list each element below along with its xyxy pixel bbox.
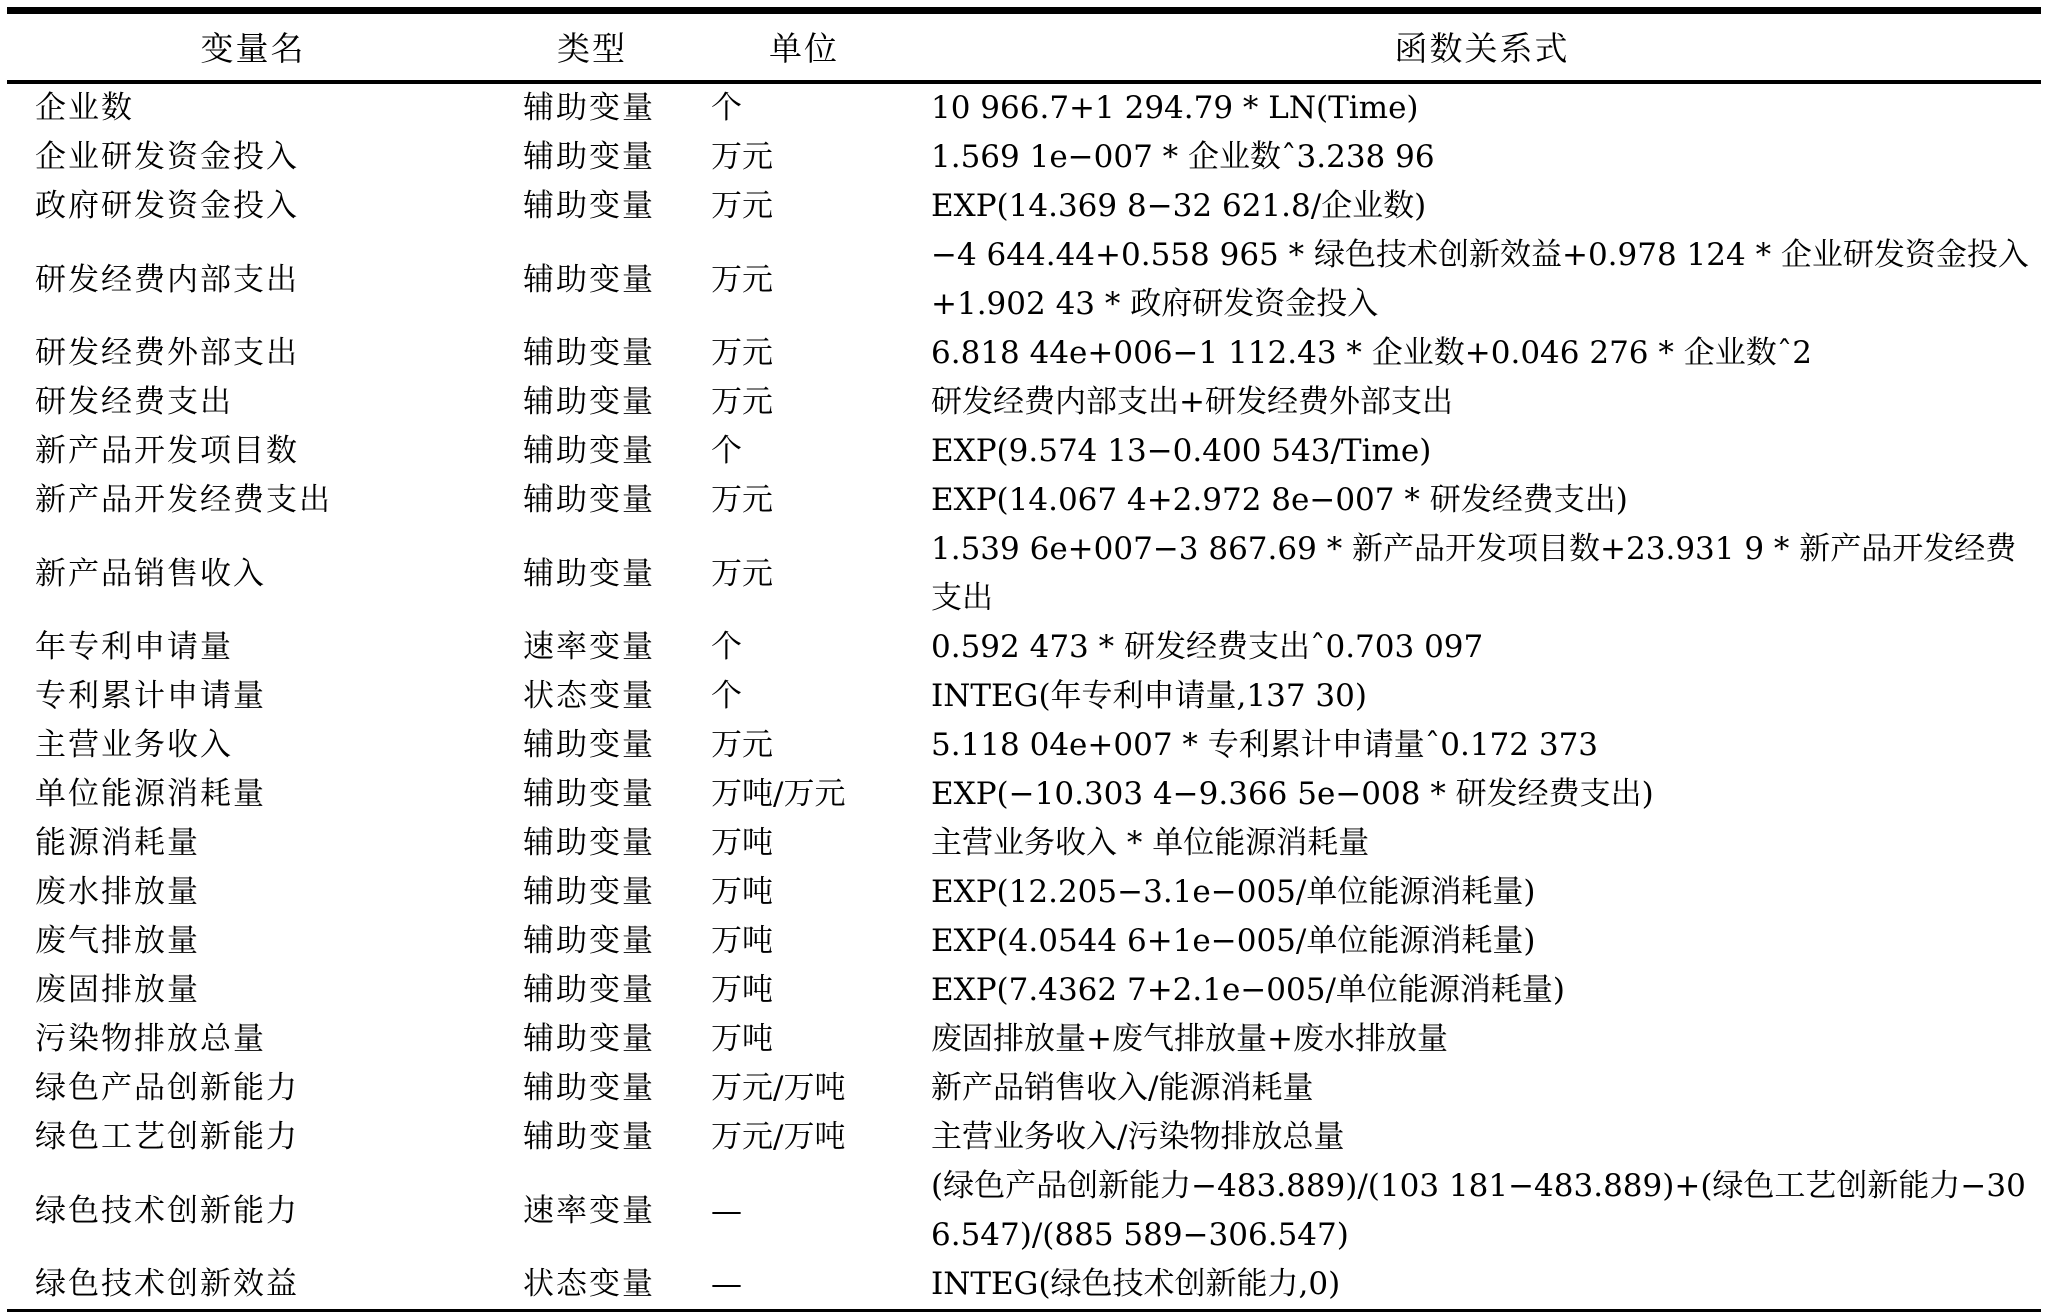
- cell-variable-name: 能源消耗量: [7, 819, 499, 868]
- table-row: 研发经费外部支出 辅助变量 万元 6.818 44e+006−1 112.43 …: [7, 329, 2041, 378]
- cell-unit: 个: [685, 82, 923, 133]
- table-row: 年专利申请量 速率变量 个 0.592 473 * 研发经费支出ˆ0.703 0…: [7, 623, 2041, 672]
- cell-unit: 万吨: [685, 868, 923, 917]
- cell-formula: −4 644.44+0.558 965 * 绿色技术创新效益+0.978 124…: [923, 231, 2041, 329]
- table-row: 新产品开发项目数 辅助变量 个 EXP(9.574 13−0.400 543/T…: [7, 427, 2041, 476]
- column-header-formula: 函数关系式: [923, 11, 2041, 83]
- table-row: 单位能源消耗量 辅助变量 万吨/万元 EXP(−10.303 4−9.366 5…: [7, 770, 2041, 819]
- cell-variable-name: 废固排放量: [7, 966, 499, 1015]
- cell-variable-name: 年专利申请量: [7, 623, 499, 672]
- column-header-type: 类型: [499, 11, 685, 83]
- cell-unit: 万元: [685, 329, 923, 378]
- cell-variable-name: 绿色技术创新能力: [7, 1162, 499, 1260]
- cell-type: 辅助变量: [499, 231, 685, 329]
- cell-variable-name: 污染物排放总量: [7, 1015, 499, 1064]
- cell-type: 辅助变量: [499, 525, 685, 623]
- cell-formula: EXP(14.369 8−32 621.8/企业数): [923, 182, 2041, 231]
- cell-unit: 万元/万吨: [685, 1064, 923, 1113]
- cell-type: 状态变量: [499, 1260, 685, 1312]
- cell-formula: 0.592 473 * 研发经费支出ˆ0.703 097: [923, 623, 2041, 672]
- table-row: 绿色工艺创新能力 辅助变量 万元/万吨 主营业务收入/污染物排放总量: [7, 1113, 2041, 1162]
- cell-variable-name: 主营业务收入: [7, 721, 499, 770]
- cell-variable-name: 企业数: [7, 82, 499, 133]
- cell-unit: 万吨: [685, 966, 923, 1015]
- cell-unit: 个: [685, 427, 923, 476]
- cell-unit: 万吨: [685, 819, 923, 868]
- cell-formula: 6.818 44e+006−1 112.43 * 企业数+0.046 276 *…: [923, 329, 2041, 378]
- cell-type: 辅助变量: [499, 427, 685, 476]
- table-row: 能源消耗量 辅助变量 万吨 主营业务收入 * 单位能源消耗量: [7, 819, 2041, 868]
- cell-unit: 万吨: [685, 1015, 923, 1064]
- cell-formula: 1.539 6e+007−3 867.69 * 新产品开发项目数+23.931 …: [923, 525, 2041, 623]
- cell-type: 辅助变量: [499, 133, 685, 182]
- cell-unit: —: [685, 1162, 923, 1260]
- table-row: 专利累计申请量 状态变量 个 INTEG(年专利申请量,137 30): [7, 672, 2041, 721]
- cell-type: 辅助变量: [499, 1113, 685, 1162]
- cell-unit: 万元: [685, 378, 923, 427]
- cell-variable-name: 新产品开发项目数: [7, 427, 499, 476]
- cell-variable-name: 废水排放量: [7, 868, 499, 917]
- variables-table: 变量名 类型 单位 函数关系式 企业数 辅助变量 个 10 966.7+1 29…: [7, 7, 2041, 1312]
- cell-type: 辅助变量: [499, 721, 685, 770]
- cell-formula: EXP(12.205−3.1e−005/单位能源消耗量): [923, 868, 2041, 917]
- cell-type: 辅助变量: [499, 917, 685, 966]
- cell-variable-name: 研发经费外部支出: [7, 329, 499, 378]
- cell-type: 辅助变量: [499, 82, 685, 133]
- cell-type: 辅助变量: [499, 378, 685, 427]
- cell-formula: 主营业务收入 * 单位能源消耗量: [923, 819, 2041, 868]
- table-row: 研发经费支出 辅助变量 万元 研发经费内部支出+研发经费外部支出: [7, 378, 2041, 427]
- cell-type: 辅助变量: [499, 1015, 685, 1064]
- cell-formula: 新产品销售收入/能源消耗量: [923, 1064, 2041, 1113]
- cell-formula: INTEG(年专利申请量,137 30): [923, 672, 2041, 721]
- table-row: 研发经费内部支出 辅助变量 万元 −4 644.44+0.558 965 * 绿…: [7, 231, 2041, 329]
- cell-unit: 万元: [685, 133, 923, 182]
- column-header-unit: 单位: [685, 11, 923, 83]
- table-row: 废气排放量 辅助变量 万吨 EXP(4.0544 6+1e−005/单位能源消耗…: [7, 917, 2041, 966]
- cell-variable-name: 绿色工艺创新能力: [7, 1113, 499, 1162]
- cell-unit: —: [685, 1260, 923, 1312]
- cell-formula: EXP(7.4362 7+2.1e−005/单位能源消耗量): [923, 966, 2041, 1015]
- cell-type: 辅助变量: [499, 329, 685, 378]
- table-row: 绿色技术创新效益 状态变量 — INTEG(绿色技术创新能力,0): [7, 1260, 2041, 1312]
- cell-type: 状态变量: [499, 672, 685, 721]
- cell-formula: 1.569 1e−007 * 企业数ˆ3.238 96: [923, 133, 2041, 182]
- cell-variable-name: 研发经费内部支出: [7, 231, 499, 329]
- cell-unit: 个: [685, 672, 923, 721]
- table-row: 绿色产品创新能力 辅助变量 万元/万吨 新产品销售收入/能源消耗量: [7, 1064, 2041, 1113]
- table-row: 政府研发资金投入 辅助变量 万元 EXP(14.369 8−32 621.8/企…: [7, 182, 2041, 231]
- cell-variable-name: 绿色技术创新效益: [7, 1260, 499, 1312]
- cell-type: 辅助变量: [499, 819, 685, 868]
- table-row: 废固排放量 辅助变量 万吨 EXP(7.4362 7+2.1e−005/单位能源…: [7, 966, 2041, 1015]
- cell-formula: EXP(−10.303 4−9.366 5e−008 * 研发经费支出): [923, 770, 2041, 819]
- cell-unit: 万元: [685, 476, 923, 525]
- cell-formula: 废固排放量+废气排放量+废水排放量: [923, 1015, 2041, 1064]
- cell-formula: 10 966.7+1 294.79 * LN(Time): [923, 82, 2041, 133]
- table-header: 变量名 类型 单位 函数关系式: [7, 11, 2041, 83]
- cell-unit: 个: [685, 623, 923, 672]
- paper-table-page: 变量名 类型 单位 函数关系式 企业数 辅助变量 个 10 966.7+1 29…: [0, 0, 2048, 1312]
- cell-formula: EXP(14.067 4+2.972 8e−007 * 研发经费支出): [923, 476, 2041, 525]
- cell-unit: 万元: [685, 721, 923, 770]
- cell-unit: 万吨/万元: [685, 770, 923, 819]
- cell-variable-name: 企业研发资金投入: [7, 133, 499, 182]
- cell-formula: 研发经费内部支出+研发经费外部支出: [923, 378, 2041, 427]
- cell-unit: 万元: [685, 231, 923, 329]
- cell-unit: 万元: [685, 525, 923, 623]
- cell-formula: EXP(4.0544 6+1e−005/单位能源消耗量): [923, 917, 2041, 966]
- cell-type: 辅助变量: [499, 182, 685, 231]
- cell-type: 辅助变量: [499, 868, 685, 917]
- cell-variable-name: 废气排放量: [7, 917, 499, 966]
- cell-type: 辅助变量: [499, 770, 685, 819]
- table-row: 绿色技术创新能力 速率变量 — (绿色产品创新能力−483.889)/(103 …: [7, 1162, 2041, 1260]
- cell-variable-name: 新产品销售收入: [7, 525, 499, 623]
- table-row: 企业研发资金投入 辅助变量 万元 1.569 1e−007 * 企业数ˆ3.23…: [7, 133, 2041, 182]
- cell-unit: 万元: [685, 182, 923, 231]
- table-body: 企业数 辅助变量 个 10 966.7+1 294.79 * LN(Time) …: [7, 82, 2041, 1312]
- cell-type: 辅助变量: [499, 966, 685, 1015]
- cell-formula: 主营业务收入/污染物排放总量: [923, 1113, 2041, 1162]
- table-row: 企业数 辅助变量 个 10 966.7+1 294.79 * LN(Time): [7, 82, 2041, 133]
- table-row: 废水排放量 辅助变量 万吨 EXP(12.205−3.1e−005/单位能源消耗…: [7, 868, 2041, 917]
- cell-type: 辅助变量: [499, 476, 685, 525]
- table-row: 主营业务收入 辅助变量 万元 5.118 04e+007 * 专利累计申请量ˆ0…: [7, 721, 2041, 770]
- cell-variable-name: 绿色产品创新能力: [7, 1064, 499, 1113]
- cell-formula: 5.118 04e+007 * 专利累计申请量ˆ0.172 373: [923, 721, 2041, 770]
- cell-variable-name: 政府研发资金投入: [7, 182, 499, 231]
- header-row: 变量名 类型 单位 函数关系式: [7, 11, 2041, 83]
- cell-type: 速率变量: [499, 1162, 685, 1260]
- cell-formula: (绿色产品创新能力−483.889)/(103 181−483.889)+(绿色…: [923, 1162, 2041, 1260]
- cell-variable-name: 新产品开发经费支出: [7, 476, 499, 525]
- table-row: 新产品销售收入 辅助变量 万元 1.539 6e+007−3 867.69 * …: [7, 525, 2041, 623]
- table-row: 污染物排放总量 辅助变量 万吨 废固排放量+废气排放量+废水排放量: [7, 1015, 2041, 1064]
- cell-formula: EXP(9.574 13−0.400 543/Time): [923, 427, 2041, 476]
- cell-variable-name: 研发经费支出: [7, 378, 499, 427]
- table-row: 新产品开发经费支出 辅助变量 万元 EXP(14.067 4+2.972 8e−…: [7, 476, 2041, 525]
- column-header-variable-name: 变量名: [7, 11, 499, 83]
- cell-unit: 万吨: [685, 917, 923, 966]
- cell-unit: 万元/万吨: [685, 1113, 923, 1162]
- cell-variable-name: 专利累计申请量: [7, 672, 499, 721]
- cell-type: 速率变量: [499, 623, 685, 672]
- cell-formula: INTEG(绿色技术创新能力,0): [923, 1260, 2041, 1312]
- cell-type: 辅助变量: [499, 1064, 685, 1113]
- cell-variable-name: 单位能源消耗量: [7, 770, 499, 819]
